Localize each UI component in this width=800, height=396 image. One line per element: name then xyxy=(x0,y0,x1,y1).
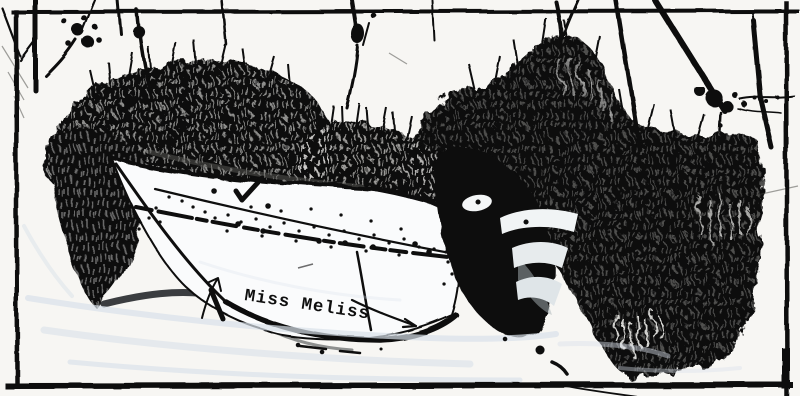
frame-left xyxy=(16,12,17,384)
frame-bottom xyxy=(8,385,790,386)
ink-illustration: Miss Meliss xyxy=(0,0,800,396)
frame-right xyxy=(786,3,787,396)
splatter-blob xyxy=(351,24,365,44)
branch-twig xyxy=(752,12,753,20)
artwork-canvas: Miss Meliss xyxy=(0,0,800,396)
splatter-drip xyxy=(719,112,720,130)
frame-top xyxy=(13,11,797,12)
